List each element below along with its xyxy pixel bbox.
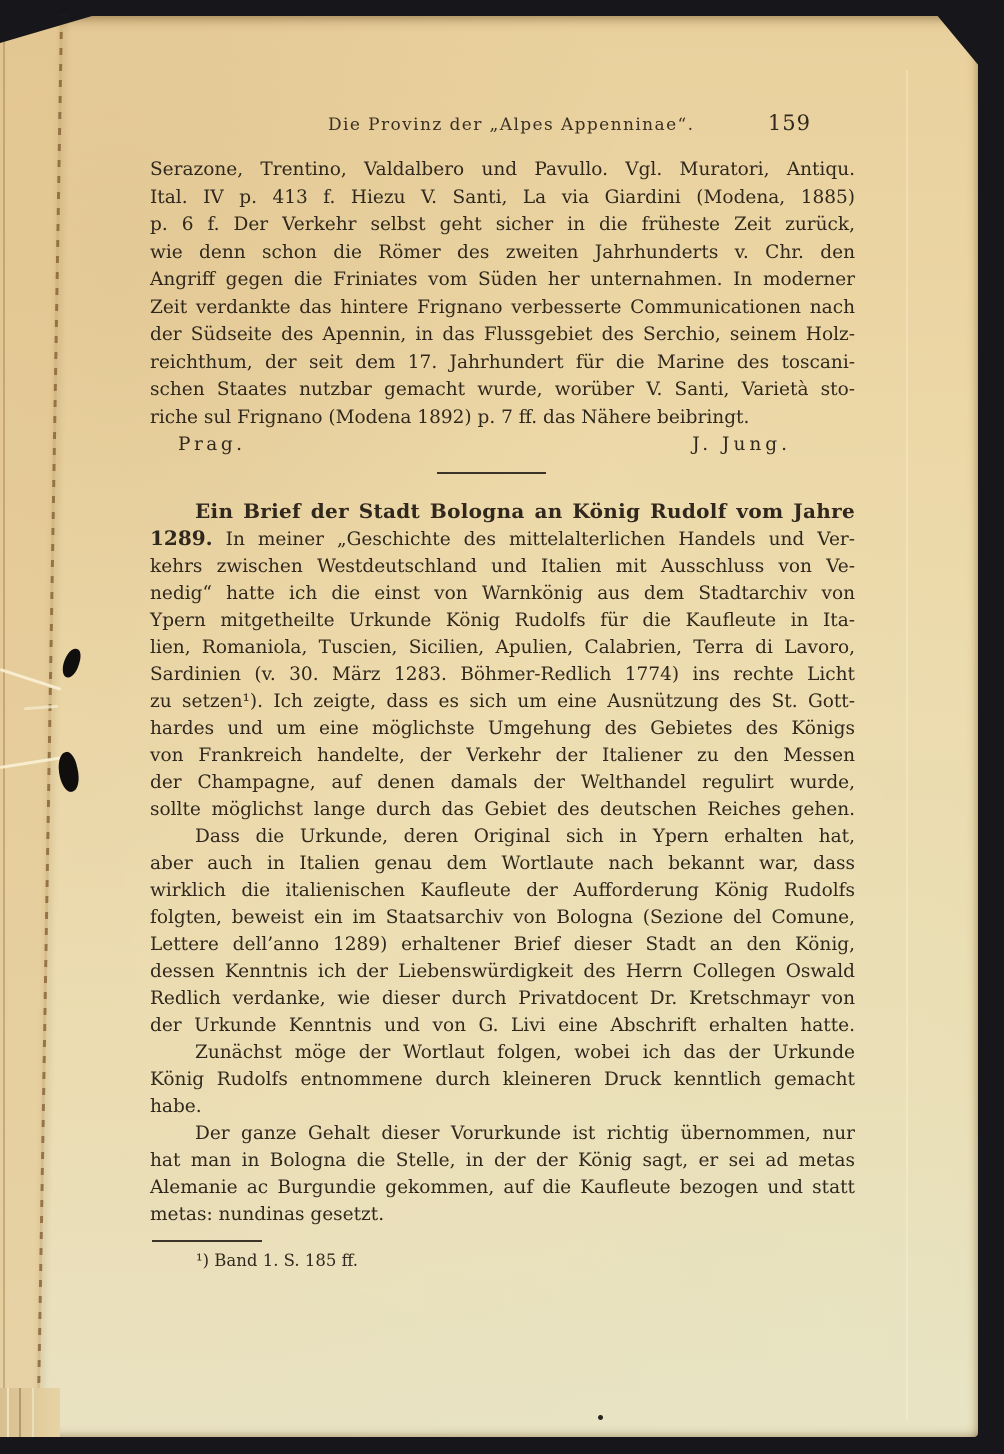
- text-line: der Südseite des Apennin, in das Flussge…: [150, 321, 855, 349]
- intro-paragraph: Serazone, Trentino, Valdalbero und Pavul…: [150, 156, 855, 459]
- text-line: der Champagne, auf denen damals der Welt…: [150, 769, 855, 796]
- page-edge-line: [3, 40, 5, 1420]
- text-line: hat man in Bologna die Stelle, in der de…: [150, 1147, 855, 1174]
- footnote: ¹) Band 1. S. 185 ff.: [150, 1248, 855, 1274]
- signature-author: J. Jung.: [692, 431, 791, 459]
- footnote-text: ¹) Band 1. S. 185 ff.: [196, 1251, 358, 1270]
- stacked-page-edges: [0, 1388, 60, 1437]
- text-line: Ypern mitgetheilte Urkunde König Rudolfs…: [150, 607, 855, 634]
- text-line: sollte möglichst lange durch das Gebiet …: [150, 796, 855, 823]
- text-line: Zunächst möge der Wortlaut folgen, wobei…: [150, 1039, 855, 1066]
- text-line: kehrs zwischen Westdeutschland und Itali…: [150, 553, 855, 580]
- text-line: hardes und um eine möglichste Umgehung d…: [150, 715, 855, 742]
- signature-place: Prag.: [178, 431, 246, 459]
- right-crease: [906, 70, 908, 1420]
- scanner-background: { "colors": { "paper_top": "#e9d19e", "p…: [0, 0, 1004, 1454]
- page-number: 159: [768, 111, 811, 135]
- article-year-line-rest: In meiner „Geschichte des mittelalterlic…: [226, 529, 855, 550]
- text-line: Angriff gegen die Friniates vom Süden he…: [150, 266, 855, 294]
- text-line: der Urkunde Kenntnis und von G. Livi ein…: [150, 1012, 855, 1039]
- text-line: metas: nundinas gesetzt.: [150, 1201, 855, 1228]
- text-line: wirklich die italienischen Kaufleute der…: [150, 877, 855, 904]
- text-line: wie denn schon die Römer des zweiten Jah…: [150, 239, 855, 267]
- text-line: lien, Romaniola, Tuscien, Sicilien, Apul…: [150, 634, 855, 661]
- signature-row: Prag. J. Jung.: [150, 431, 855, 459]
- text-line: Sardinien (v. 30. März 1283. Böhmer-Redl…: [150, 661, 855, 688]
- text-line: Redlich verdanke, wie dieser durch Priva…: [150, 985, 855, 1012]
- text-line: zu setzen¹). Ich zeigte, dass es sich um…: [150, 688, 855, 715]
- ink-dot: [598, 1415, 603, 1420]
- running-title: Die Provinz der „Alpes Appenninae“.: [328, 115, 694, 135]
- text-line: dessen Kenntnis ich der Liebenswürdigkei…: [150, 958, 855, 985]
- text-line: riche sul Frignano (Modena 1892) p. 7 ff…: [150, 404, 855, 432]
- article-heading-line: Ein Brief der Stadt Bologna an König Rud…: [150, 498, 855, 525]
- article-section: Ein Brief der Stadt Bologna an König Rud…: [150, 498, 855, 1228]
- text-line: Zeit verdankte das hintere Frignano verb…: [150, 294, 855, 322]
- header-row: Die Provinz der „Alpes Appenninae“. 159: [150, 111, 855, 141]
- text-line: folgten, beweist ein im Staatsarchiv von…: [150, 904, 855, 931]
- text-line: nedig“ hatte ich die einst von Warnkönig…: [150, 580, 855, 607]
- text-line: habe.: [150, 1093, 855, 1120]
- text-line: Alemanie ac Burgundie gekommen, auf die …: [150, 1174, 855, 1201]
- article-year: 1289.: [150, 526, 213, 550]
- text-line: Ital. IV p. 413 f. Hiezu V. Santi, La vi…: [150, 184, 855, 212]
- text-line: reichthum, der seit dem 17. Jahrhundert …: [150, 349, 855, 377]
- text-line: aber auch in Italien genau dem Wortlaute…: [150, 850, 855, 877]
- text-line: König Rudolfs entnommene durch kleineren…: [150, 1066, 855, 1093]
- text-line: schen Staates nutzbar gemacht wurde, wor…: [150, 376, 855, 404]
- text-line: Dass die Urkunde, deren Original sich in…: [150, 823, 855, 850]
- footnote-rule: [152, 1240, 262, 1242]
- text-line: Lettere dell’anno 1289) erhaltener Brief…: [150, 931, 855, 958]
- text-line: Serazone, Trentino, Valdalbero und Pavul…: [150, 156, 855, 184]
- section-divider-rule: [437, 472, 546, 474]
- text-line: von Frankreich handelte, der Verkehr der…: [150, 742, 855, 769]
- text-line: 1289. In meiner „Geschichte des mittelal…: [150, 525, 855, 553]
- text-line: Der ganze Gehalt dieser Vorurkunde ist r…: [150, 1120, 855, 1147]
- text-line: p. 6 f. Der Verkehr selbst geht sicher i…: [150, 211, 855, 239]
